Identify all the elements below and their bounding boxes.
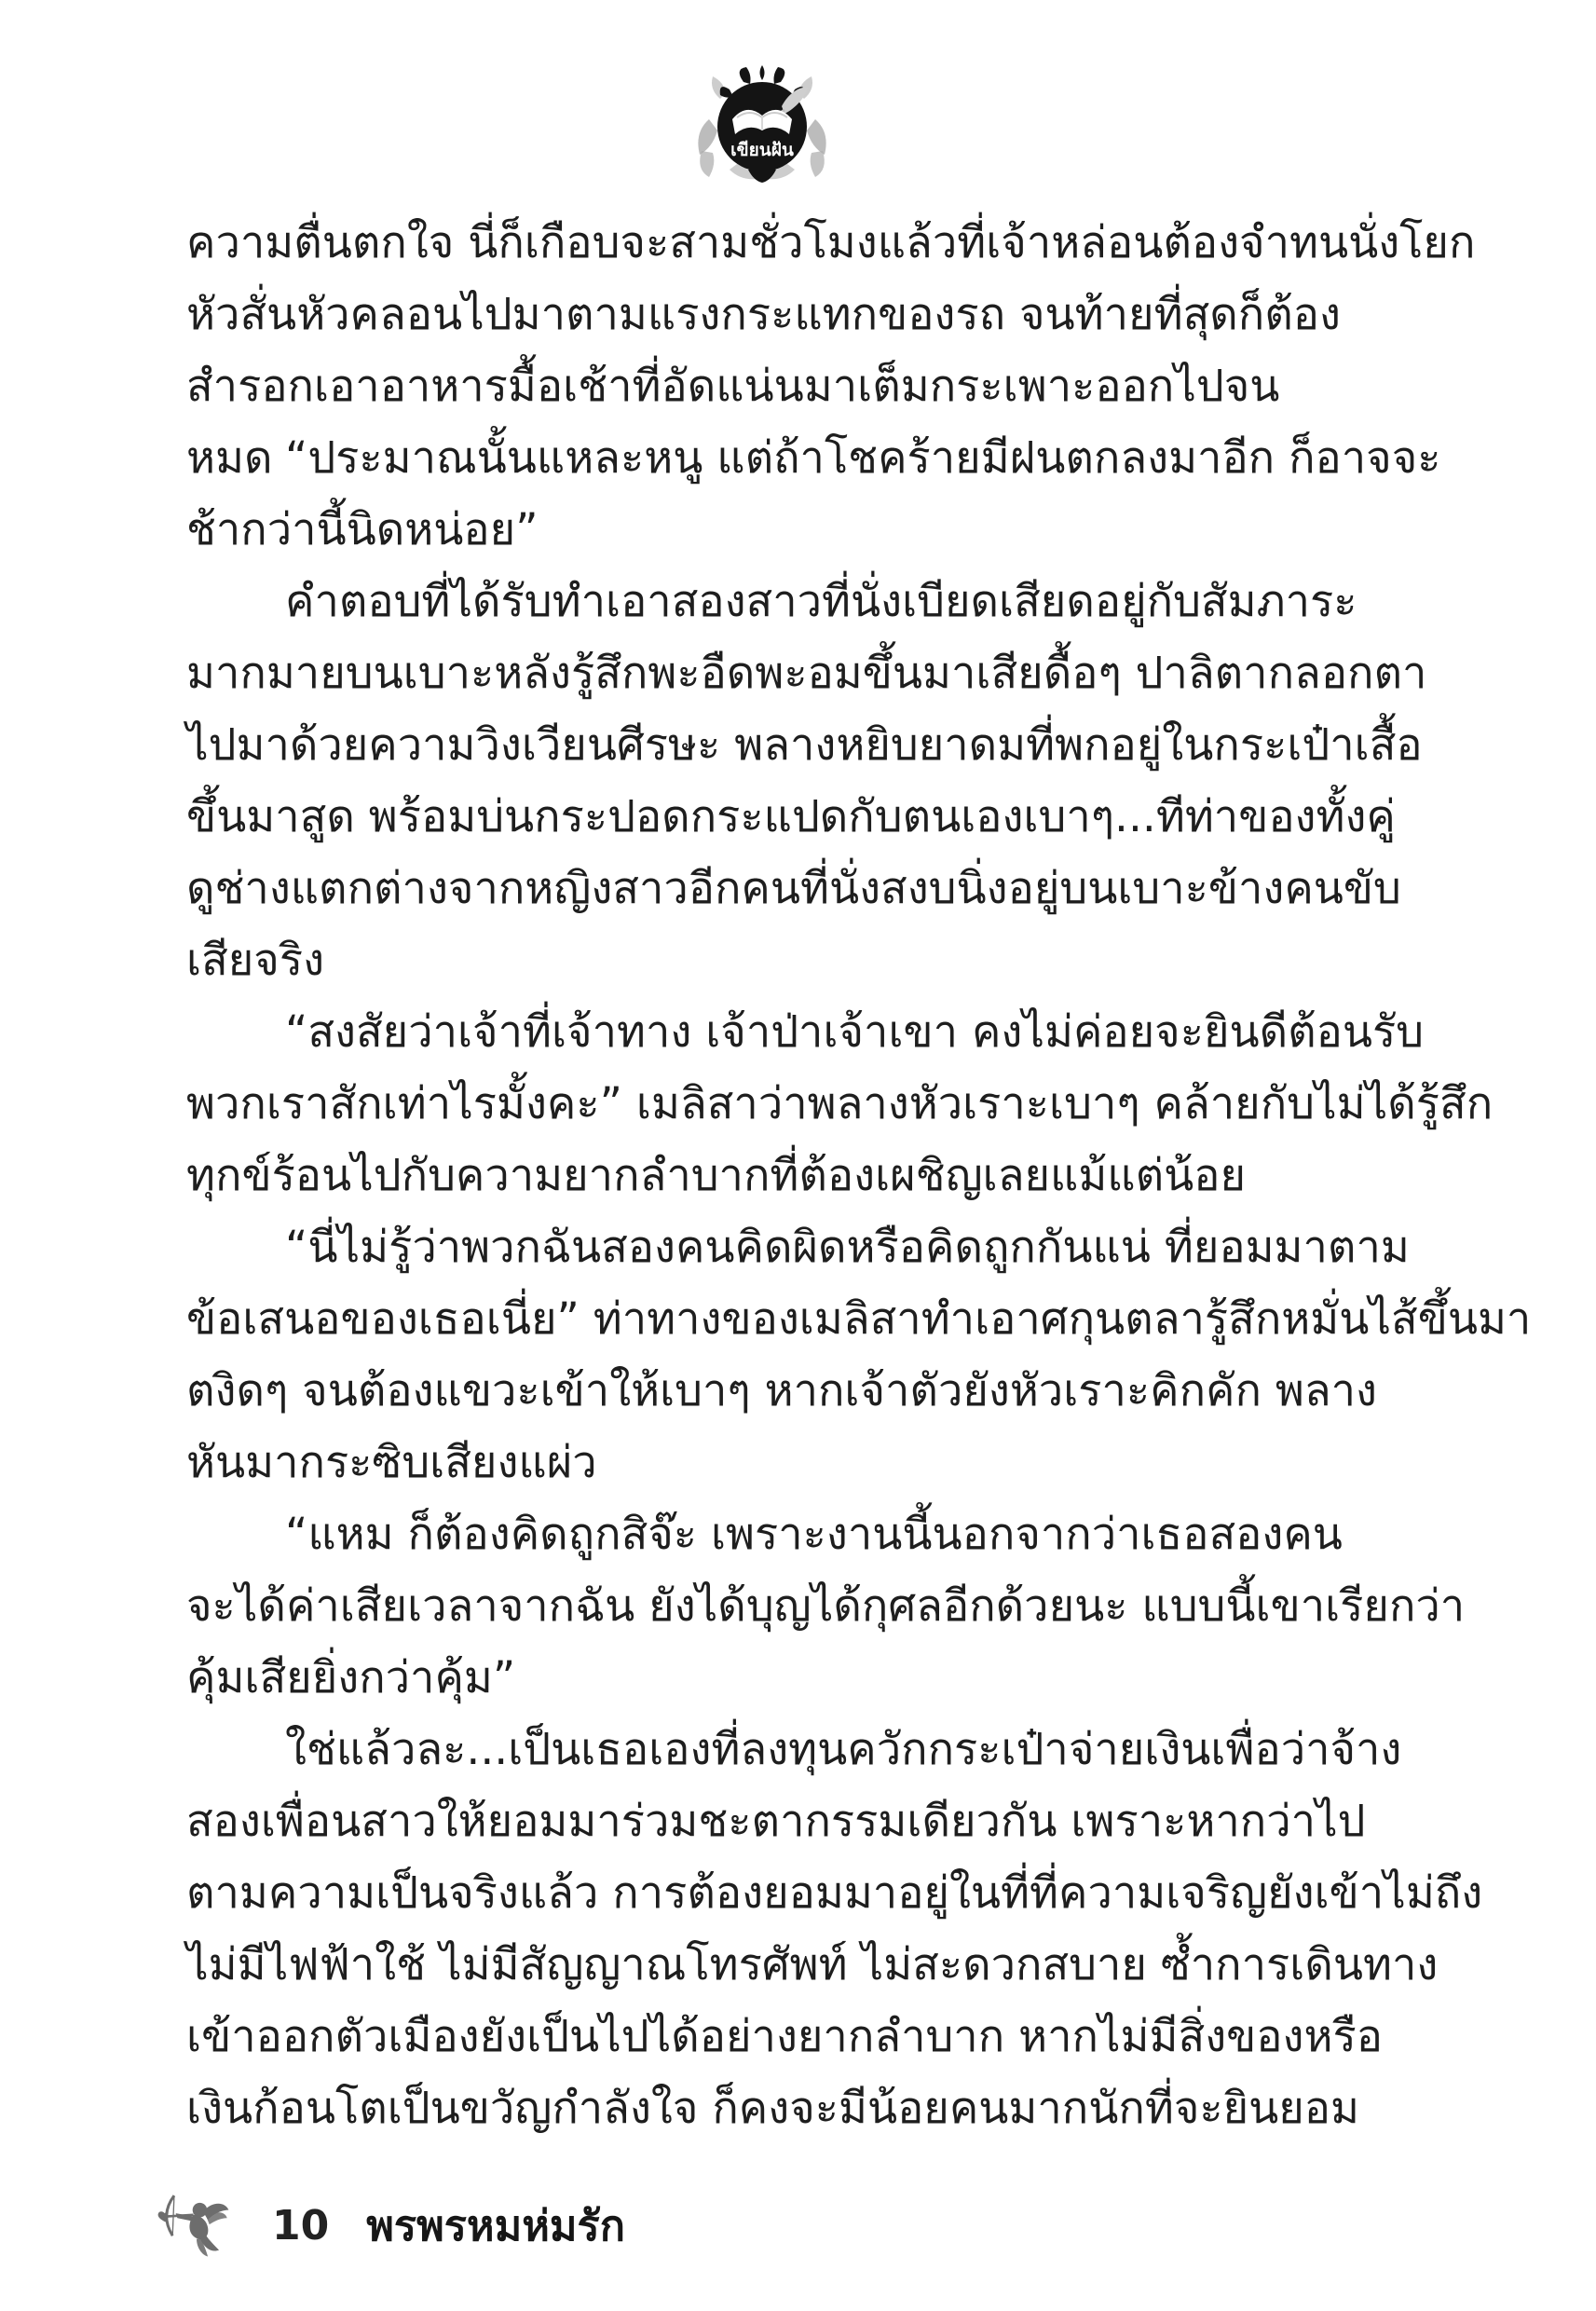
- text-line: ทุกข์ร้อนไปกับความยากลำบากที่ต้องเผชิญเล…: [186, 1140, 1319, 1211]
- text-line: ใช่แล้วละ...เป็นเธอเองที่ลงทุนควักกระเป๋…: [186, 1714, 1319, 1785]
- text-line: ความตื่นตกใจ นี่ก็เกือบจะสามชั่วโมงแล้วท…: [186, 207, 1319, 279]
- text-line: คุ้มเสียยิ่งกว่าคุ้ม”: [186, 1642, 1319, 1714]
- publisher-name: เขียนฝัน: [730, 140, 794, 160]
- text-line: หันมากระซิบเสียงแผ่ว: [186, 1427, 1319, 1498]
- text-line: ไปมาด้วยความวิงเวียนศีรษะ พลางหยิบยาดมที…: [186, 709, 1319, 781]
- text-line: “ประมาณนั้นแหละหนู แต่ถ้าโชคร้ายมีฝนตกลง…: [186, 422, 1319, 494]
- text-line: สำรอกเอาอาหารมื้อเช้าที่อัดแน่นมาเต็มกระ…: [186, 350, 1319, 422]
- text-line: ไม่มีไฟฟ้าใช้ ไม่มีสัญญาณโทรศัพท์ ไม่สะด…: [186, 1929, 1319, 2001]
- text-line: ดูช่างแตกต่างจากหญิงสาวอีกคนที่นั่งสงบนิ…: [186, 853, 1319, 924]
- book-title: พรพรหมห่มรัก: [366, 2192, 625, 2259]
- text-line: “นี่ไม่รู้ว่าพวกฉันสองคนคิดผิดหรือคิดถูก…: [186, 1211, 1319, 1283]
- page-number: 10: [272, 2202, 329, 2249]
- text-line: หัวสั่นหัวคลอนไปมาตามแรงกระแทกของรถ จนท้…: [186, 279, 1319, 350]
- page-footer: 10 พรพรหมห่มรัก: [157, 2188, 625, 2263]
- publisher-emblem-icon: เขียนฝัน: [692, 62, 832, 185]
- cupid-icon: [157, 2188, 237, 2263]
- book-page: เขียนฝัน ความตื่นตกใจ นี่ก็เกือบจะสามชั่…: [0, 0, 1596, 2311]
- text-line: เงินก้อนโตเป็นขวัญกำลังใจ ก็คงจะมีน้อยคน…: [186, 2072, 1319, 2144]
- body-text: ความตื่นตกใจ นี่ก็เกือบจะสามชั่วโมงแล้วท…: [186, 207, 1319, 2144]
- text-line: ช้ากว่านี้นิดหน่อย”: [186, 494, 1319, 566]
- text-line: ข้อเสนอของเธอเนี่ย” ท่าทางของเมลิสาทำเอา…: [186, 1283, 1319, 1355]
- text-line: เข้าออกตัวเมืองยังเป็นไปได้อย่างยากลำบาก…: [186, 2001, 1319, 2072]
- text-line: “สงสัยว่าเจ้าที่เจ้าทาง เจ้าป่าเจ้าเขา ค…: [186, 996, 1319, 1068]
- text-line: “แหม ก็ต้องคิดถูกสิจ๊ะ เพราะงานนี้นอกจาก…: [186, 1498, 1319, 1570]
- text-line: มากมายบนเบาะหลังรู้สึกพะอืดพะอมขึ้นมาเสี…: [186, 637, 1319, 709]
- text-line: เสียจริง: [186, 924, 1319, 996]
- text-line: สองเพื่อนสาวให้ยอมมาร่วมชะตากรรมเดียวกัน…: [186, 1785, 1319, 1857]
- text-line: ตามความเป็นจริงแล้ว การต้องยอมมาอยู่ในที…: [186, 1857, 1319, 1929]
- text-line: จะได้ค่าเสียเวลาจากฉัน ยังได้บุญได้กุศลอ…: [186, 1570, 1319, 1642]
- text-line: คำตอบที่ได้รับทำเอาสองสาวที่นั่งเบียดเสี…: [186, 566, 1319, 637]
- text-line: ขึ้นมาสูด พร้อมบ่นกระปอดกระแปดกับตนเองเบ…: [186, 781, 1319, 853]
- publisher-logo: เขียนฝัน: [692, 62, 832, 185]
- text-line: ตงิดๆ จนต้องแขวะเข้าให้เบาๆ หากเจ้าตัวยั…: [186, 1355, 1319, 1427]
- text-line: พวกเราสักเท่าไรมั้งคะ” เมลิสาว่าพลางหัวเ…: [186, 1068, 1319, 1140]
